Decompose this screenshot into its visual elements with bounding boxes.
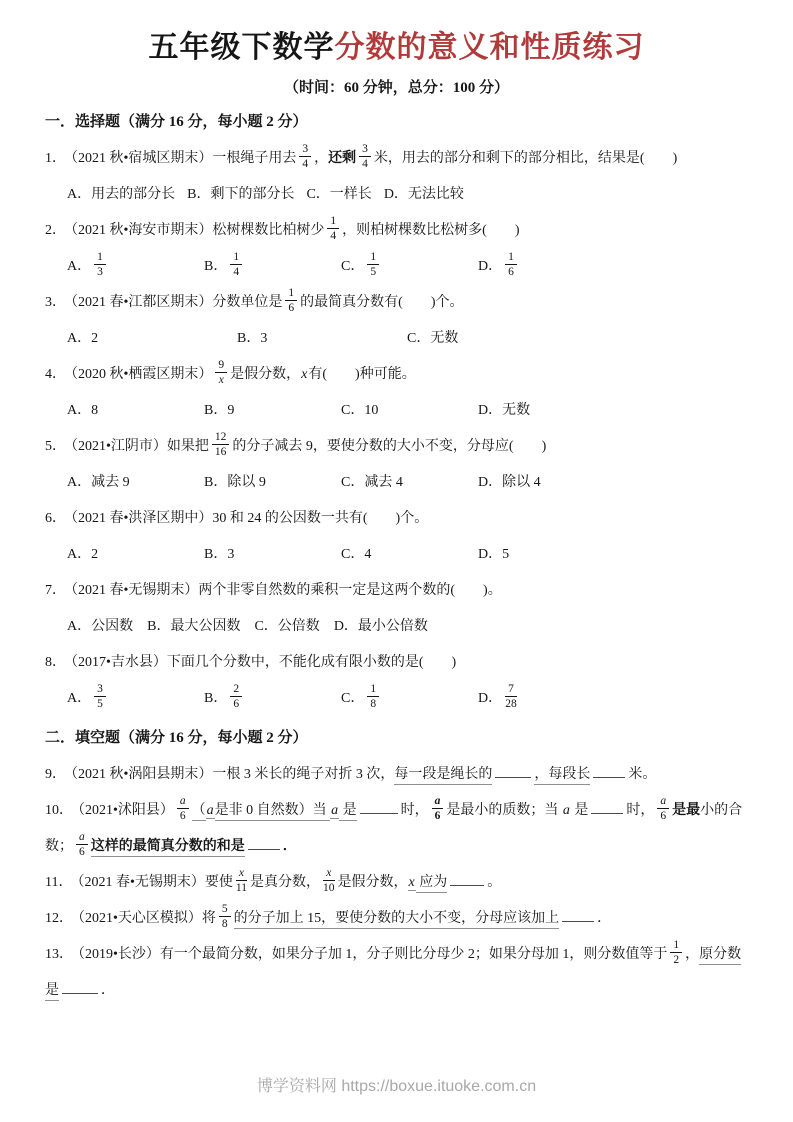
answer-blank — [593, 762, 625, 778]
option-C: C．18 — [341, 681, 478, 717]
question-text: 是真分数， — [250, 875, 320, 890]
footer-watermark: 博学资料网 https://boxue.ituoke.com.cn — [0, 1073, 793, 1096]
question-text: ， — [685, 947, 699, 962]
question-text: C．公倍数 — [254, 619, 319, 634]
fraction: 58 — [219, 903, 231, 931]
options-row: A．用去的部分长B．剩下的部分长C．一样长D．无法比较 — [45, 177, 748, 213]
worksheet-page: 五年级下数学分数的意义和性质练习 （时间：60 分钟，总分：100 分） 一．选… — [0, 0, 793, 1122]
question-text: A． — [67, 259, 91, 274]
question-text: ． — [283, 839, 297, 854]
fraction: 16 — [505, 251, 517, 279]
question-text: 是非 0 自然数）当 — [215, 803, 331, 821]
option-C: C．15 — [341, 249, 478, 285]
fraction-denominator: 4 — [359, 157, 371, 171]
question-text: （2021 秋•海安市期末）松树棵数比柏树少 — [71, 223, 324, 238]
question-number: 6． — [45, 511, 66, 526]
question-text: 的最简真分数有( )个。 — [300, 295, 463, 310]
question-text: A．公因数 — [67, 619, 133, 634]
answer-blank — [248, 834, 280, 850]
question-text: （2021•天心区模拟）将 — [78, 911, 216, 926]
question-text: A． — [67, 691, 91, 706]
question-10: 10．（2021•沭阳县）a6（a是非 0 自然数）当 a 是时，a6是最小的质… — [45, 793, 748, 865]
options-row: A．35B．26C．18D．728 — [45, 681, 748, 717]
question-1: 1．（2021 秋•宿城区期末）一根绳子用去34，还剩34米，用去的部分和剩下的… — [45, 141, 748, 177]
fraction-numerator: a — [177, 795, 189, 810]
question-text: C． — [341, 691, 364, 706]
fraction-denominator: 2 — [670, 953, 682, 967]
fraction: a6 — [432, 795, 444, 823]
question-2: 2．（2021 秋•海安市期末）松树棵数比柏树少14，则柏树棵数比松树多( ) — [45, 213, 748, 249]
fraction-numerator: 1 — [367, 683, 379, 698]
question-text: 是假分数， — [338, 875, 408, 890]
fraction-numerator: 5 — [219, 903, 231, 918]
option-C: C．减去 4 — [341, 465, 478, 501]
question-number: 10． — [45, 803, 73, 818]
fraction-denominator: 4 — [230, 265, 242, 279]
option-A: A．2 — [67, 321, 237, 357]
question-text: D．除以 4 — [478, 475, 541, 490]
answer-blank — [450, 870, 484, 886]
question-text: C．无数 — [407, 331, 458, 346]
fraction: 18 — [367, 683, 379, 711]
title-grade-part: 五年级下数学 — [149, 31, 335, 64]
option-B: B．14 — [204, 249, 341, 285]
question-text: 是 — [571, 803, 589, 818]
question-text: C．一样长 — [306, 187, 371, 202]
question-number: 12． — [45, 911, 73, 926]
question-text: （2019•长沙）有一个最简分数，如果分子加 1，分子则比分母少 2；如果分母加… — [78, 947, 667, 962]
question-number: 7． — [45, 583, 66, 598]
option-D: D．无法比较 — [384, 177, 464, 213]
option-A: A．减去 9 — [67, 465, 204, 501]
options-row: A．公因数B．最大公因数C．公倍数D．最小公倍数 — [45, 609, 748, 645]
fraction-denominator: 10 — [323, 881, 335, 895]
question-text: ． — [101, 983, 115, 998]
options-row: A．2B．3C．4D．5 — [45, 537, 748, 573]
fraction: x11 — [236, 867, 247, 895]
question-text: D．无数 — [478, 403, 530, 418]
page-title: 五年级下数学分数的意义和性质练习 — [45, 22, 748, 66]
fraction-denominator: 8 — [219, 917, 231, 931]
fraction: 34 — [299, 143, 311, 171]
question-number: 13． — [45, 947, 73, 962]
fraction-numerator: a — [432, 795, 444, 810]
question-text: D． — [478, 259, 502, 274]
fraction: 13 — [94, 251, 106, 279]
options-row: A．8B．9C．10D．无数 — [45, 393, 748, 429]
math-variable: x — [408, 875, 416, 891]
option-C: C．无数 — [407, 321, 577, 357]
option-D: D．最小公倍数 — [334, 609, 428, 645]
question-text: ， — [314, 151, 328, 166]
question-text: （ — [192, 803, 206, 821]
fraction-numerator: 1 — [670, 939, 682, 954]
fraction: 14 — [230, 251, 242, 279]
option-C: C．4 — [341, 537, 478, 573]
option-B: B．最大公因数 — [147, 609, 240, 645]
fraction-numerator: 9 — [215, 359, 227, 374]
option-B: B．3 — [204, 537, 341, 573]
question-text: 时， — [401, 803, 429, 818]
option-C: C．一样长 — [306, 177, 371, 213]
question-3: 3．（2021 春•江都区期末）分数单位是16的最简真分数有( )个。 — [45, 285, 748, 321]
answer-blank — [360, 798, 398, 814]
question-text: B． — [204, 691, 227, 706]
question-text: B．最大公因数 — [147, 619, 240, 634]
question-number: 4． — [45, 367, 66, 382]
question-text: 的分子加上 15，要使分数的大小不变，分母应该加上 — [234, 911, 560, 929]
question-text: 时， — [626, 803, 654, 818]
fraction: 9x — [215, 359, 227, 387]
options-row: A．13B．14C．15D．16 — [45, 249, 748, 285]
question-text: 。 — [487, 875, 501, 890]
question-number: 11． — [45, 875, 72, 890]
section-heading-1: 一．选择题（满分 16 分，每小题 2 分） — [45, 105, 748, 139]
question-text: D．5 — [478, 547, 509, 562]
question-text: （2021 春•洪泽区期中）30 和 24 的公因数一共有( )个。 — [71, 511, 428, 526]
question-text: 应为 — [416, 875, 448, 893]
fraction: a6 — [177, 795, 189, 823]
question-11: 11．（2021 春•无锡期末）要使x11是真分数，x10是假分数，x 应为。 — [45, 865, 748, 901]
section-heading-2: 二．填空题（满分 16 分，每小题 2 分） — [45, 721, 748, 755]
question-text: A．减去 9 — [67, 475, 130, 490]
question-text: 米，用去的部分和剩下的部分相比，结果是( ) — [374, 151, 677, 166]
question-text: A．用去的部分长 — [67, 187, 175, 202]
fraction: a6 — [76, 831, 88, 859]
fraction: 728 — [505, 683, 517, 711]
question-number: 2． — [45, 223, 66, 238]
fraction-numerator: 1 — [285, 287, 297, 302]
worksheet-body: 一．选择题（满分 16 分，每小题 2 分） 1．（2021 秋•宿城区期末）一… — [45, 105, 748, 1009]
option-B: B．剩下的部分长 — [187, 177, 294, 213]
fraction: 16 — [285, 287, 297, 315]
option-B: B．除以 9 — [204, 465, 341, 501]
question-8: 8．（2017•吉水县）下面几个分数中，不能化成有限小数的是( ) — [45, 645, 748, 681]
section-questions: 9．（2021 秋•涡阳县期末）一根 3 米长的绳子对折 3 次，每一段是绳长的… — [45, 757, 748, 1009]
fraction: a6 — [657, 795, 669, 823]
question-text: B．9 — [204, 403, 234, 418]
title-topic-part: 分数的意义和性质练习 — [335, 31, 645, 64]
option-A: A．2 — [67, 537, 204, 573]
fraction-denominator: x — [215, 373, 227, 387]
math-variable: a — [330, 803, 339, 819]
option-D: D．无数 — [478, 393, 615, 429]
fraction: x10 — [323, 867, 335, 895]
question-number: 1． — [45, 151, 66, 166]
option-B: B．3 — [237, 321, 407, 357]
fraction-numerator: 1 — [327, 215, 339, 230]
fraction-numerator: 2 — [230, 683, 242, 698]
question-text: 米。 — [628, 767, 656, 782]
question-text: B．剩下的部分长 — [187, 187, 294, 202]
fraction: 15 — [367, 251, 379, 279]
question-text: C． — [341, 259, 364, 274]
option-A: A．用去的部分长 — [67, 177, 175, 213]
question-text: B． — [204, 259, 227, 274]
fraction: 26 — [230, 683, 242, 711]
question-5: 5．（2021•江阴市）如果把1216的分子减去 9，要使分数的大小不变，分母应… — [45, 429, 748, 465]
fraction-numerator: 3 — [94, 683, 106, 698]
fraction-denominator: 6 — [432, 809, 444, 823]
question-text: B．除以 9 — [204, 475, 266, 490]
fraction-denominator: 28 — [505, 697, 517, 711]
question-text: （2021 秋•宿城区期末）一根绳子用去 — [71, 151, 296, 166]
fraction-denominator: 6 — [177, 809, 189, 823]
option-A: A．公因数 — [67, 609, 133, 645]
question-text: 是 — [339, 803, 357, 821]
question-number: 5． — [45, 439, 66, 454]
fraction-numerator: a — [76, 831, 88, 846]
fraction-numerator: 3 — [359, 143, 371, 158]
question-text: A．2 — [67, 547, 98, 562]
question-text: （2017•吉水县）下面几个分数中，不能化成有限小数的是( ) — [71, 655, 456, 670]
fraction-denominator: 4 — [327, 229, 339, 243]
answer-blank — [495, 762, 531, 778]
question-text: C．减去 4 — [341, 475, 403, 490]
options-row: A．2B．3C．无数 — [45, 321, 748, 357]
question-text: 这样的最简真分数的和是 — [91, 839, 245, 857]
question-text: 的分子减去 9，要使分数的大小不变，分母应( ) — [232, 439, 546, 454]
option-A: A．8 — [67, 393, 204, 429]
fraction-denominator: 8 — [367, 697, 379, 711]
option-D: D．728 — [478, 681, 615, 717]
question-text: （2021 春•江都区期末）分数单位是 — [71, 295, 282, 310]
fraction-numerator: x — [323, 867, 335, 882]
section-questions: 1．（2021 秋•宿城区期末）一根绳子用去34，还剩34米，用去的部分和剩下的… — [45, 141, 748, 717]
answer-blank — [562, 906, 594, 922]
question-text: （2021•江阴市）如果把 — [71, 439, 209, 454]
question-text: 每一段是绳长的 — [394, 767, 492, 785]
option-D: D．16 — [478, 249, 615, 285]
question-number: 3． — [45, 295, 66, 310]
question-12: 12．（2021•天心区模拟）将58的分子加上 15，要使分数的大小不变，分母应… — [45, 901, 748, 937]
question-text: B．3 — [204, 547, 234, 562]
fraction-numerator: 7 — [505, 683, 517, 698]
option-A: A．13 — [67, 249, 204, 285]
fraction: 1216 — [212, 431, 230, 459]
question-text: A．2 — [67, 331, 98, 346]
question-text: D． — [478, 691, 502, 706]
math-variable: a — [206, 803, 215, 819]
fraction: 35 — [94, 683, 106, 711]
option-C: C．公倍数 — [254, 609, 319, 645]
question-9: 9．（2021 秋•涡阳县期末）一根 3 米长的绳子对折 3 次，每一段是绳长的… — [45, 757, 748, 793]
fraction-numerator: 1 — [94, 251, 106, 266]
fraction: 14 — [327, 215, 339, 243]
fraction-numerator: a — [657, 795, 669, 810]
option-C: C．10 — [341, 393, 478, 429]
option-B: B．26 — [204, 681, 341, 717]
fraction-denominator: 16 — [212, 445, 230, 459]
options-row: A．减去 9B．除以 9C．减去 4D．除以 4 — [45, 465, 748, 501]
math-variable: a — [562, 803, 571, 818]
question-text: （2021 春•无锡期末）要使 — [77, 875, 232, 890]
fraction: 12 — [670, 939, 682, 967]
fraction-denominator: 6 — [230, 697, 242, 711]
fraction-denominator: 4 — [299, 157, 311, 171]
question-text: D．最小公倍数 — [334, 619, 428, 634]
fraction-numerator: 12 — [212, 431, 230, 446]
question-text: ，每段长 — [534, 767, 590, 785]
fraction-denominator: 11 — [236, 881, 247, 895]
question-text: ，则柏树棵数比松树多( ) — [342, 223, 519, 238]
question-text: A．8 — [67, 403, 98, 418]
fraction-numerator: 1 — [505, 251, 517, 266]
question-text: 还剩 — [328, 151, 356, 166]
question-number: 8． — [45, 655, 66, 670]
fraction-numerator: 3 — [299, 143, 311, 158]
fraction-numerator: 1 — [367, 251, 379, 266]
question-text: 有( )种可能。 — [308, 367, 415, 382]
fraction-denominator: 6 — [285, 301, 297, 315]
fraction-denominator: 5 — [94, 697, 106, 711]
option-A: A．35 — [67, 681, 204, 717]
section: 一．选择题（满分 16 分，每小题 2 分） 1．（2021 秋•宿城区期末）一… — [45, 105, 748, 717]
fraction-denominator: 6 — [505, 265, 517, 279]
question-text: C．4 — [341, 547, 371, 562]
fraction-denominator: 6 — [657, 809, 669, 823]
question-text: B．3 — [237, 331, 267, 346]
option-D: D．除以 4 — [478, 465, 615, 501]
question-4: 4．（2020 秋•栖霞区期末）9x是假分数，x有( )种可能。 — [45, 357, 748, 393]
question-text: 是最小的质数；当 — [446, 803, 562, 818]
fraction-denominator: 6 — [76, 845, 88, 859]
fraction-numerator: 1 — [230, 251, 242, 266]
question-text: 是假分数， — [230, 367, 300, 382]
exam-info: （时间：60 分钟，总分：100 分） — [45, 76, 748, 97]
fraction-numerator: x — [236, 867, 247, 882]
fraction-denominator: 3 — [94, 265, 106, 279]
fraction: 34 — [359, 143, 371, 171]
question-text: ． — [597, 911, 611, 926]
question-text: （2021•沭阳县） — [78, 803, 174, 818]
answer-blank — [62, 978, 98, 994]
question-text: （2021 秋•涡阳县期末）一根 3 米长的绳子对折 3 次， — [71, 767, 394, 782]
option-D: D．5 — [478, 537, 615, 573]
question-text: D．无法比较 — [384, 187, 464, 202]
question-6: 6．（2021 春•洪泽区期中）30 和 24 的公因数一共有( )个。 — [45, 501, 748, 537]
option-B: B．9 — [204, 393, 341, 429]
question-13: 13．（2019•长沙）有一个最简分数，如果分子加 1，分子则比分母少 2；如果… — [45, 937, 748, 1009]
question-text: （2020 秋•栖霞区期末） — [71, 367, 212, 382]
fraction-denominator: 5 — [367, 265, 379, 279]
question-text: C．10 — [341, 403, 378, 418]
answer-blank — [591, 798, 623, 814]
question-7: 7．（2021 春•无锡期末）两个非零自然数的乘积一定是这两个数的( )。 — [45, 573, 748, 609]
question-text: 是最 — [672, 803, 700, 818]
question-text: （2021 春•无锡期末）两个非零自然数的乘积一定是这两个数的( )。 — [71, 583, 502, 598]
question-number: 9． — [45, 767, 66, 782]
section: 二．填空题（满分 16 分，每小题 2 分） 9．（2021 秋•涡阳县期末）一… — [45, 721, 748, 1009]
